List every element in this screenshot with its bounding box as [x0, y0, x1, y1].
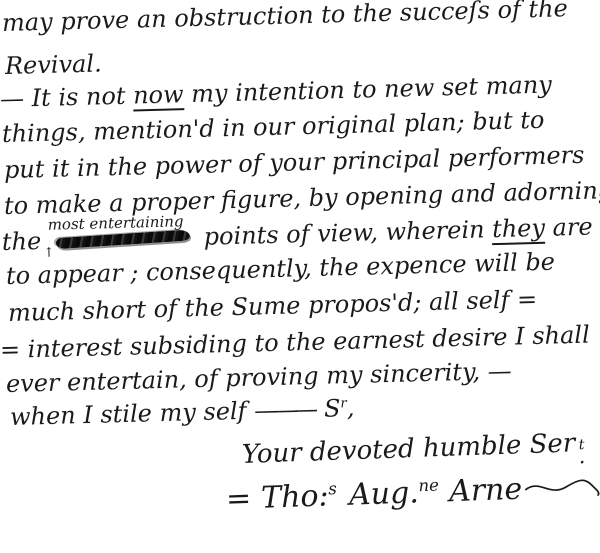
signature-flourish-icon [524, 474, 600, 501]
letter-line-12: when I stile my self ———Sr, [10, 395, 355, 430]
signature-first-superscript: s [328, 479, 337, 498]
caret-insertion-mark: ↑ [43, 247, 54, 262]
line-text: , [346, 394, 354, 422]
abbrev-dot: . [578, 450, 585, 463]
emendation: most entertaining [54, 229, 194, 251]
line-text: my intention to new set many [183, 71, 552, 109]
signature-last-name: Arne [449, 472, 523, 510]
closing-text: Your devoted humble Ser [241, 428, 575, 470]
letter-line-2: Revival. [5, 50, 102, 79]
letter-line-6: to make a proper figure, by opening and … [4, 177, 600, 219]
line-text: when I stile my self [10, 397, 255, 431]
manuscript-letter-page: may prove an obstruction to the succeſs … [0, 0, 600, 553]
flourish-dash: ——— [254, 395, 315, 425]
signature-middle-name: Aug. [348, 475, 419, 512]
letter-line-1: may prove an obstruction to the succeſs … [2, 0, 568, 36]
servant-abbreviation: t. [578, 441, 585, 462]
letter-line-4: things, mention'd in our original plan; … [2, 107, 545, 148]
line-text: points of view, wherein [196, 215, 493, 251]
sir-abbreviation: S [324, 394, 341, 422]
continuation-mark: = [225, 481, 249, 517]
line-text: the [2, 227, 42, 256]
underlined-word-they: they [492, 214, 546, 245]
line-text: are — [545, 212, 600, 242]
signature-line: =Tho:sAug.neArne [225, 470, 600, 516]
letter-line-5: put it in the power of your principal pe… [4, 142, 585, 184]
underlined-word-now: now [133, 80, 184, 111]
letter-line-11: ever entertain, of proving my sincerity,… [6, 358, 512, 398]
letter-line-9: much short of the Sume propos'd; all sel… [8, 286, 538, 326]
closing-salutation: Your devoted humble Sert. [241, 429, 585, 474]
signature-middle-superscript: ne [418, 476, 439, 496]
line-text: — It is not [0, 82, 134, 113]
signature-first-name: Tho: [261, 478, 330, 515]
